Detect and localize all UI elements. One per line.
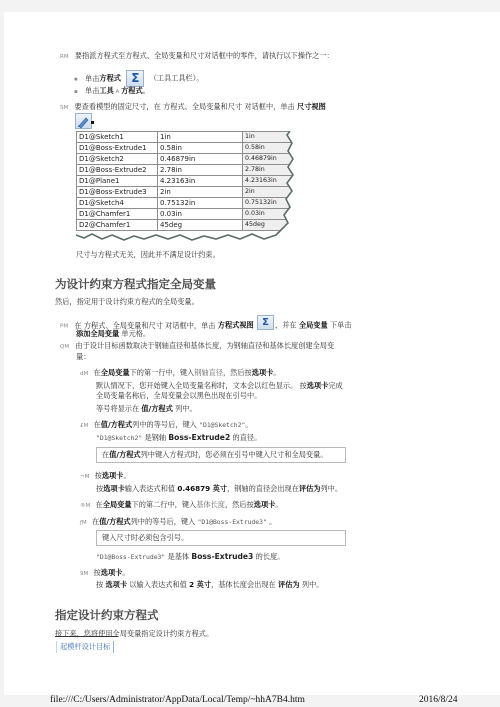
substep-1-p3: 等号将显示在 值/方程式 列中。 (96, 404, 197, 414)
para-text: 列中。 (173, 404, 197, 413)
para-text: 列中。 (320, 484, 342, 493)
bold-term: 尺寸视图 (297, 102, 326, 111)
step-number: QM (60, 344, 69, 350)
bold-term: 选项卡 (103, 484, 125, 493)
dim-name: D1@Sketch4 (77, 198, 158, 209)
step-number: £M (80, 423, 88, 429)
menu-separator: A (114, 89, 121, 95)
table-row: D1@Boss-Extrude32in2in (77, 187, 296, 198)
dim-name: D1@Boss-Extrude2 (77, 165, 158, 176)
para-text: 默认情况下，您开始键入全局变量名称时，文本会以红色显示。 按 (96, 381, 307, 390)
step-text: 在 (96, 500, 103, 509)
dim-eval: 4.23163in (243, 176, 296, 187)
dim-value: 0.46879in (158, 154, 243, 165)
sigma-icon[interactable]: Σ (126, 70, 144, 87)
table-row: D1@Sketch11in1in (77, 132, 296, 143)
bullet-text: 单击 (85, 74, 99, 83)
substep-1: dM 在全局变量下的第一行中，键入钢轴直径，然后按选项卡。 (80, 368, 281, 379)
dim-eval: 0.58in (243, 143, 296, 154)
step-text: 下的第一行中，键入 (130, 368, 195, 377)
pencil-ruler-icon (76, 115, 91, 129)
dim-value: 0.03in (158, 209, 243, 220)
bold-term: 选项卡 (307, 381, 329, 390)
section-heading-design-constraint: 指定设计约束方程式 (55, 607, 159, 623)
dim-eval: 45deg (243, 220, 296, 231)
step-number: 9M (80, 571, 88, 577)
dim-value: 0.58in (158, 143, 243, 154)
substep-6-p1: 按 选项卡 以输入表达式和值 2 英寸，基体长度会出现在 评估为 列中。 (96, 580, 323, 590)
substep-3-p1: 按选项卡输入表达式和值 0.46879 英寸，钢轴的直径会出现在评估为列中。 (96, 484, 342, 494)
dim-name: D1@Plane1 (77, 176, 158, 187)
bold-term: 选项卡 (101, 568, 123, 577)
lead-underline (55, 636, 118, 637)
bold-term: 选项卡 (102, 471, 124, 480)
dim-value: 2in (158, 187, 243, 198)
section-lead: 然后，指定用于设计约束方程式的全局变量。 (55, 297, 199, 307)
step-rm: RM 要指派方程式至方程式、全局变量和尺寸对话框中的零件，请执行以下操作之一： (60, 51, 334, 62)
step-number: ƒM (80, 520, 87, 526)
bold-term: 方程式 (99, 74, 121, 83)
bold-term: 工具 (99, 86, 113, 95)
step-number: SM (60, 105, 68, 111)
table-row: D1@Boss-Extrude10.58in0.58in (77, 143, 296, 154)
code-literal: "D1@Sketch2" (96, 434, 142, 442)
step-text: 要查看模型的固定尺寸，在 方程式、全局变量和尺寸 对话框中，单击 (75, 102, 297, 111)
value-literal: 0.46879 英寸 (177, 484, 227, 493)
dim-eval: 1in (243, 132, 296, 143)
step-qm-line2: 量： (76, 352, 90, 362)
dim-value: 4.23163in (158, 176, 243, 187)
bold-term: 全局变量 (101, 368, 130, 377)
feature-name: Boss-Extrude2 (168, 433, 230, 442)
para-text: ，基体长度会出现在 (211, 580, 278, 589)
bullet-text-post: 。 (143, 86, 150, 95)
note-text: 列中键入方程式时，您必须在引号中键入尺寸和全局变量。 (141, 450, 328, 459)
code-literal: "D1@Boss-Extrude3" (198, 518, 267, 526)
step-text: ，然后按 (223, 368, 252, 377)
footer-date: 2016/8/24 (419, 695, 458, 705)
para-text: 以输入表达式和值 (127, 580, 189, 589)
bullet-text-post: （工具工具栏）。 (150, 74, 204, 83)
step-text: 。 (275, 500, 282, 509)
bold-term: 评估为 (299, 484, 321, 493)
dim-name: D1@Sketch2 (77, 154, 158, 165)
step-number: ®M (80, 503, 90, 509)
dim-eval: 0.03in (243, 209, 296, 220)
bold-term: 值/方程式 (101, 420, 132, 429)
dim-name: D1@Boss-Extrude1 (77, 143, 158, 154)
step-text: 列中的等号后，键入 (131, 517, 198, 526)
bold-term: 值/方程式 (141, 404, 172, 413)
bold-term: 值/方程式 (99, 517, 130, 526)
para-text: 是基体 (165, 552, 191, 561)
step-text: ，然后按 (225, 500, 254, 509)
table-row: D1@Sketch40.75132in0.75132in (77, 198, 296, 209)
table-row: D1@Boss-Extrude22.78in2.78in (77, 165, 296, 176)
typed-value: 钢轴直径 (194, 368, 223, 377)
table-row: D1@Sketch20.46879in0.46879in (77, 154, 296, 165)
dim-eval: 2in (243, 187, 296, 198)
step-number: ¬M (80, 474, 89, 480)
step-text: ，并在 (275, 321, 299, 330)
code-literal: "D1@Boss-Extrude3" (96, 553, 165, 561)
link-design-goal[interactable]: 起模杆设计目标 (56, 641, 114, 653)
bold-term: 方程式视图 (218, 321, 254, 330)
para-text: 是钢轴 (142, 433, 168, 442)
dim-value: 2.78in (158, 165, 243, 176)
dim-value: 0.75132in (158, 198, 243, 209)
dim-value: 1in (158, 132, 243, 143)
bullet-equations-button: ▪ 单击方程式 Σ （工具工具栏）。 (74, 70, 204, 87)
period-mark (91, 121, 94, 124)
bold-term: 选项卡 (105, 580, 127, 589)
bullet-marker: ▪ (74, 77, 78, 83)
table-row: D1@Chamfer10.03in0.03in (77, 209, 296, 220)
substep-4: ®M 在全局变量下的第二行中，键入基体长度，然后按选项卡。 (80, 500, 283, 511)
dim-value: 45deg (158, 220, 243, 231)
bold-term: 评估为 (278, 580, 300, 589)
substep-5: ƒM 在值/方程式列中的等号后，键入 "D1@Boss-Extrude3" 。 (80, 517, 276, 528)
bold-term: 全局变量 (103, 500, 132, 509)
section2-lead: 接下来，您将使用全局变量指定设计约束方程式。 (55, 629, 213, 639)
bullet-tools-menu: ▪ 单击工具 A 方程式。 (74, 86, 150, 97)
note-box-quotes: 在值/方程式列中键入方程式时，您必须在引号中键入尺寸和全局变量。 (96, 447, 346, 463)
bold-term: 值/方程式 (109, 450, 140, 459)
step-number: RM (60, 54, 69, 60)
dim-name: D2@Chamfer1 (77, 220, 158, 231)
dimension-view-icon[interactable] (75, 113, 92, 129)
substep-5-p1: "D1@Boss-Extrude3" 是基体 Boss-Extrude3 的长度… (96, 552, 284, 562)
section-heading-global-variables: 为设计约束方程式指定全局变量 (55, 276, 216, 292)
substep-6: 9M 按选项卡。 (80, 568, 130, 579)
bold-term: 方程式 (121, 86, 143, 95)
feature-name: Boss-Extrude3 (191, 552, 253, 561)
step-text: 列中的等号后，键入 (132, 420, 199, 429)
table-row: D1@Plane14.23163in4.23163in (77, 176, 296, 187)
step-text: 。 (267, 517, 276, 526)
dim-name: D1@Chamfer1 (77, 209, 158, 220)
dim-name: D1@Boss-Extrude3 (77, 187, 158, 198)
step-text: 。 (245, 420, 252, 429)
dims-table: D1@Sketch11in1in D1@Boss-Extrude10.58in0… (76, 131, 296, 231)
step-text: 单元格。 (119, 329, 150, 338)
equation-view-icon[interactable]: Σ (257, 315, 274, 330)
step-text: 。 (123, 471, 130, 480)
para-text: 的长度。 (253, 552, 284, 561)
substep-1-p1: 默认情况下，您开始键入全局变量名称时，文本会以红色显示。 按选项卡完成 (96, 381, 343, 391)
para-text: ，钢轴的直径会出现在 (227, 484, 299, 493)
step-text: 要指派方程式至方程式、全局变量和尺寸对话框中的零件，请执行以下操作之一： (75, 51, 334, 60)
table-row: D2@Chamfer145deg45deg (77, 220, 296, 231)
bold-term: 选项卡 (254, 500, 276, 509)
dim-eval: 0.46879in (243, 154, 296, 165)
para-text: 完成 (328, 381, 342, 390)
step-text: 。 (273, 368, 280, 377)
dimension-table: D1@Sketch11in1in D1@Boss-Extrude10.58in0… (76, 131, 296, 231)
step-text: 在 (94, 368, 101, 377)
substep-1-p2: 全局变量名称后，全局变量会以黑色出现在引号中。 (96, 391, 261, 401)
bullet-marker: ▪ (74, 89, 78, 95)
typed-value: 基体长度 (196, 500, 225, 509)
bold-term: 选项卡 (252, 368, 274, 377)
step-qm: QM 由于设计目标函数取决于钢轴直径和基体长度，为钢轴直径和基体长度创建全局变 (60, 341, 334, 352)
bold-term: 全局变量 (299, 321, 328, 330)
code-literal: "D1@Sketch2" (199, 421, 245, 429)
step-text: 。 (122, 568, 129, 577)
step-text: 在 (94, 420, 101, 429)
bullet-text: 单击 (85, 86, 99, 95)
step-pm-line2: 添加全局变量 单元格。 (76, 329, 150, 339)
note-box-include-quotes: 键入尺寸时必须包含引号。 (96, 530, 346, 546)
step-text: 按 (95, 471, 102, 480)
step-text: 下单击 (328, 321, 352, 330)
step-text: 按 (94, 568, 101, 577)
step-text: 下的第二行中，键入 (132, 500, 197, 509)
dim-eval: 0.75132in (243, 198, 296, 209)
footer-file-path: file:///C:/Users/Administrator/AppData/L… (50, 695, 305, 705)
para-text: 等号将显示在 (96, 404, 141, 413)
substep-2: £M 在值/方程式列中的等号后，键入 "D1@Sketch2"。 (80, 420, 253, 431)
step-number: PM (60, 324, 68, 330)
substep-2-p1: "D1@Sketch2" 是钢轴 Boss-Extrude2 的直径。 (96, 433, 261, 443)
step-sm: SM 要查看模型的固定尺寸，在 方程式、全局变量和尺寸 对话框中，单击 尺寸视图 (60, 102, 326, 113)
para-text: 的直径。 (230, 433, 261, 442)
dim-name: D1@Sketch1 (77, 132, 158, 143)
dim-eval: 2.78in (243, 165, 296, 176)
bold-term: 添加全局变量 (76, 329, 119, 338)
value-literal: 2 英寸 (189, 580, 211, 589)
table-note: 尺寸与方程式无关，因此并不满足设计约束。 (76, 250, 220, 260)
step-number: dM (80, 371, 88, 377)
step-text: 由于设计目标函数取决于钢轴直径和基体长度，为钢轴直径和基体长度创建全局变 (75, 341, 334, 350)
para-text: 输入表达式和值 (125, 484, 178, 493)
para-text: 列中。 (300, 580, 324, 589)
substep-3: ¬M 按选项卡。 (80, 471, 131, 482)
